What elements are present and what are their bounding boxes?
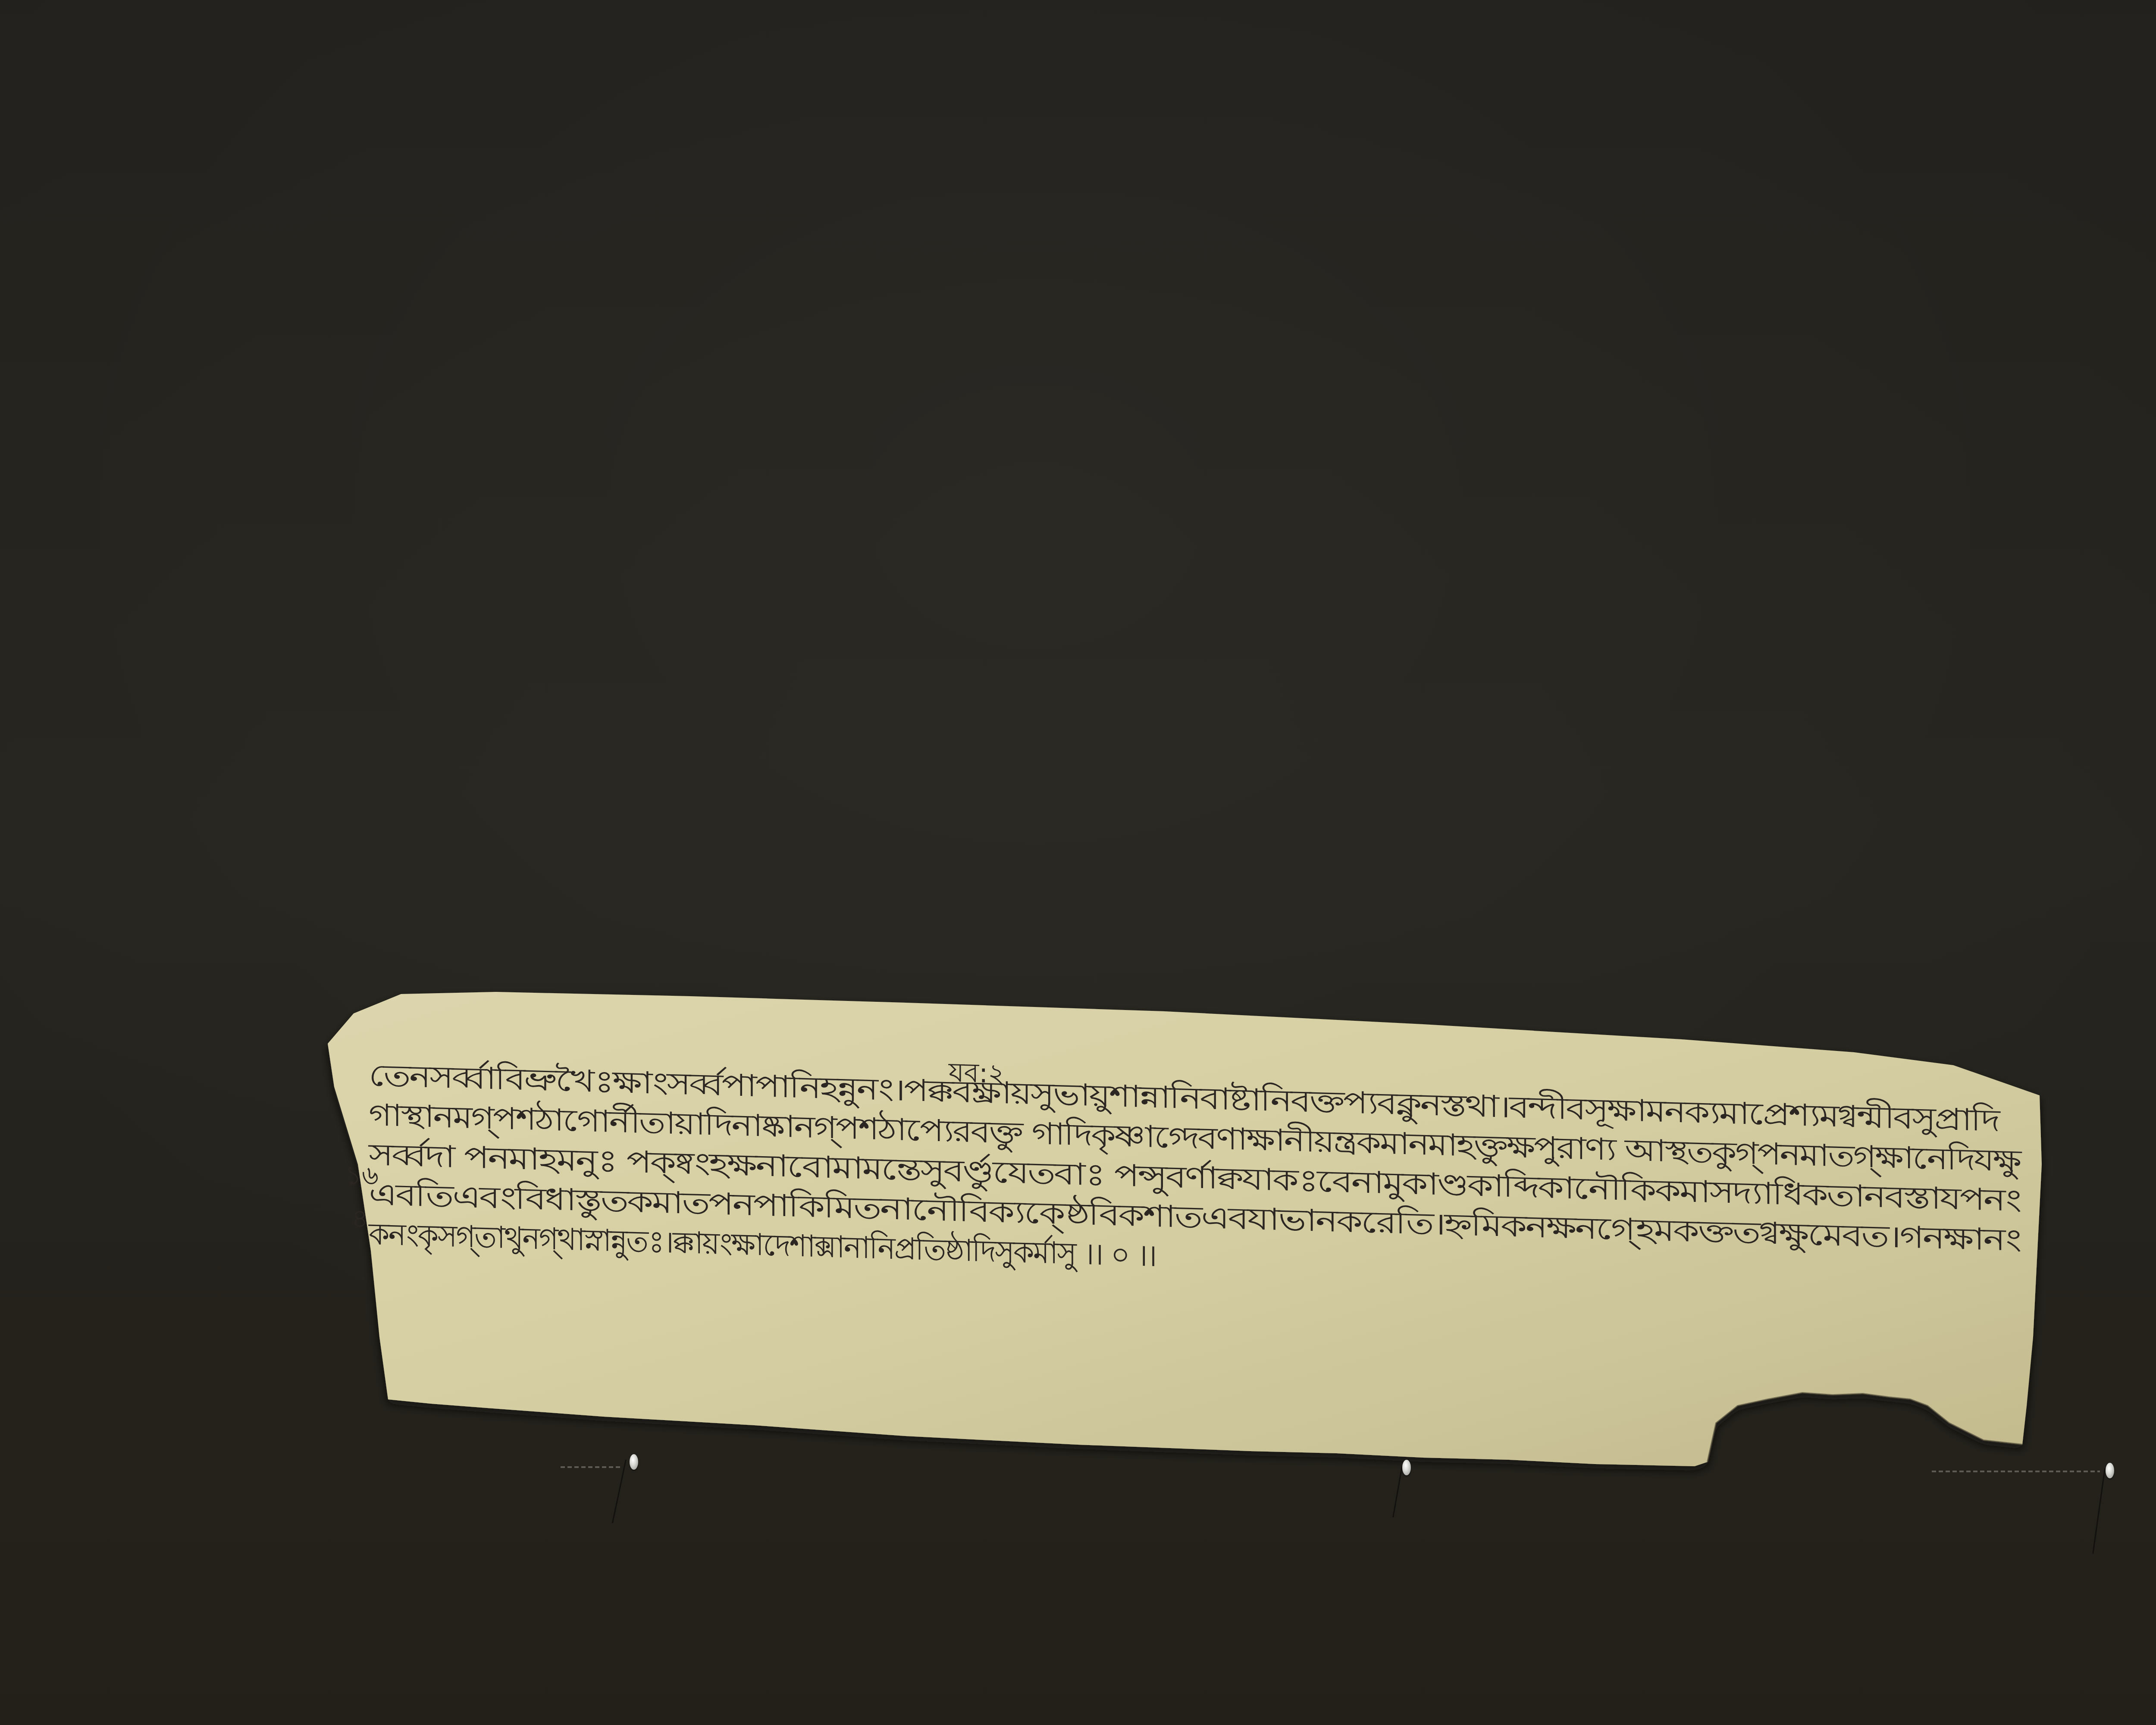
pin-head [630,1454,638,1470]
manuscript-leaf [0,0,2156,1725]
pin-head [1402,1460,1411,1475]
folio-side-number: ৪ [351,1199,368,1242]
paper-shape [0,0,2156,1725]
mounting-thread [1932,1471,2100,1472]
manuscript-text: যব:২ তেনসর্ব্বাবিভ্রুখৈঃক্ষাংসর্ব্বপাপান… [369,1035,2029,1323]
folio-number: ১৬ [345,1156,379,1199]
mounting-thread [561,1466,621,1468]
pin-head [2106,1463,2114,1478]
